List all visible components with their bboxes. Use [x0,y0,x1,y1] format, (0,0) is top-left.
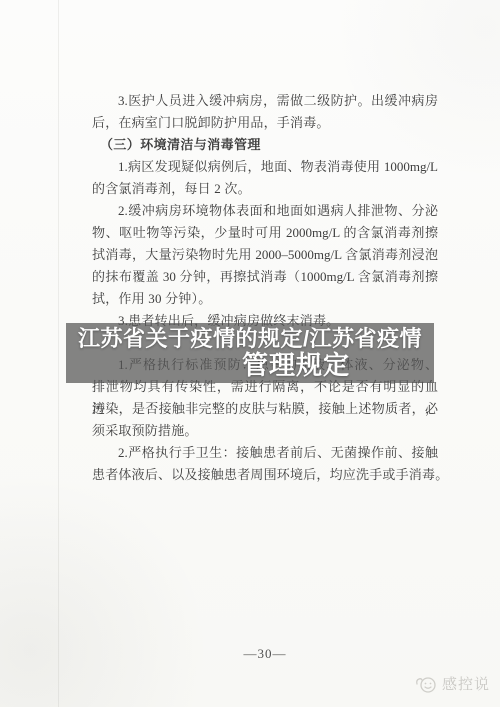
text-line: 2.缓冲病房环境物体表面和地面如遇病人排泄物、分泌 [92,200,438,222]
watermark-text: 感控说 [442,673,490,694]
text-line: 后，在病室门口脱卸防护用品，手消毒。 [92,112,438,134]
text-line: 的含氯消毒剂，每日 2 次。 [92,178,438,200]
text-line: 的抹布覆盖 30 分钟，再擦拭消毒（1000mg/L 含氯消毒剂擦 [92,266,438,288]
text-line: 污染，是否接触非完整的皮肤与粘膜，接触上述物质者，必 [92,398,438,420]
text-line: 3.医护人员进入缓冲病房，需做二级防护。出缓冲病房 [92,90,438,112]
text-line: 2.严格执行手卫生：接触患者前后、无菌操作前、接触 [92,442,438,464]
document-text: 3.医护人员进入缓冲病房，需做二级防护。出缓冲病房后，在病室门口脱卸防护用品，手… [92,90,438,486]
text-line: 患者体液后、以及接触患者周围环境后，均应洗手或手消毒。 [92,464,438,486]
text-line: 须采取预防措施。 [92,420,438,442]
scan-crease-line [58,0,59,707]
text-line: 物、呕吐物等污染，少量时可用 2000mg/L 的含氯消毒剂擦 [92,222,438,244]
overlay-title-line1: 江苏省关于疫情的规定/江苏省疫情 [66,326,434,352]
text-line: （三）环境清洁与消毒管理 [92,134,438,156]
watermark: 感控说 [414,673,490,694]
page-number: —30— [92,646,438,662]
smiley-face-logo-icon [414,674,438,694]
text-line: 1.病区发现疑似病例后，地面、物表消毒使用 1000mg/L [92,156,438,178]
scanned-document-page: 3.医护人员进入缓冲病房，需做二级防护。出缓冲病房后，在病室门口脱卸防护用品，手… [0,0,500,707]
overlay-title-line2-text: 管理规定 [242,350,350,380]
overlay-title-line2: 管理规定 [66,351,434,380]
text-line: 拭消毒，大量污染物时先用 2000–5000mg/L 含氯消毒剂浸泡 [92,244,438,266]
text-line: 拭，作用 30 分钟）。 [92,288,438,310]
